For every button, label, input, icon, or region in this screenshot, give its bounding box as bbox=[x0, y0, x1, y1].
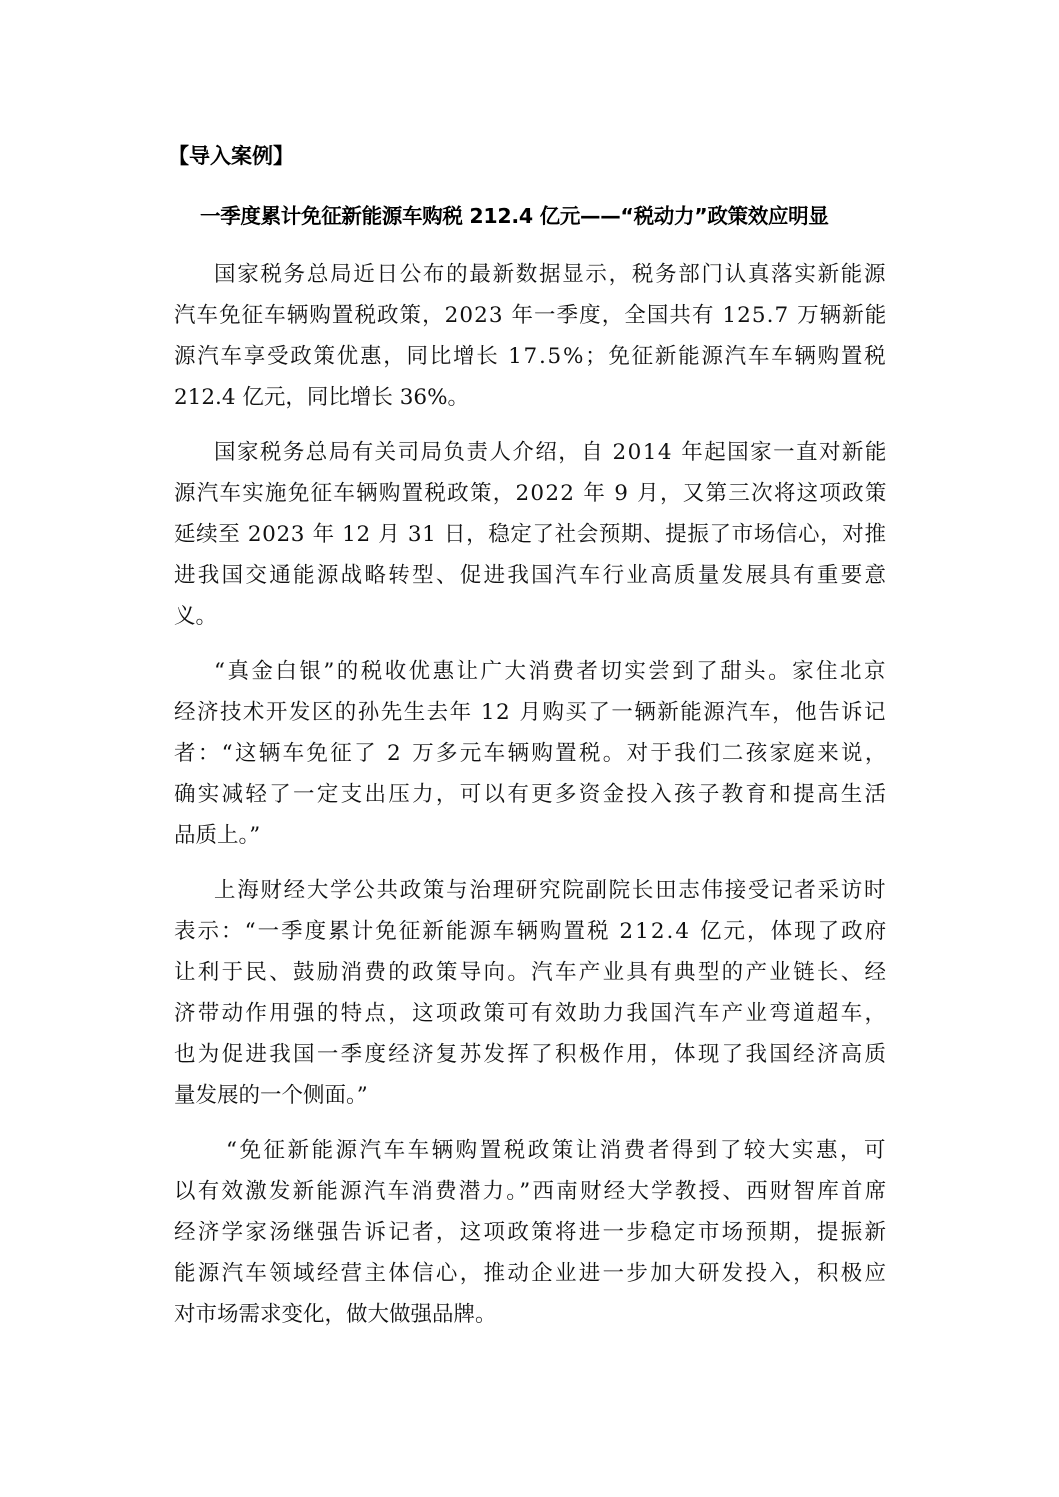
paragraph-line: 也为促进我国一季度经济复苏发挥了积极作用，体现了我国经济高质 bbox=[174, 1042, 886, 1068]
paragraph-line: 上海财经大学公共政策与治理研究院副院长田志伟接受记者采访时 bbox=[214, 878, 886, 904]
section-label: 【导入案例】 bbox=[168, 140, 294, 170]
paragraph-line: 对市场需求变化，做大做强品牌。 bbox=[174, 1302, 497, 1328]
document-page: 【导入案例】 一季度累计免征新能源车购税 212.4 亿元——“税动力”政策效应… bbox=[0, 0, 1059, 1497]
paragraph-line: 者：“这辆车免征了 2 万多元车辆购置税。对于我们二孩家庭来说， bbox=[174, 741, 886, 767]
article-title: 一季度累计免征新能源车购税 212.4 亿元——“税动力”政策效应明显 bbox=[200, 199, 829, 229]
paragraph-line: 延续至 2023 年 12 月 31 日，稳定了社会预期、提振了市场信心，对推 bbox=[174, 522, 886, 548]
paragraph-line: 以有效激发新能源汽车消费潜力。”西南财经大学教授、西财智库首席 bbox=[174, 1179, 886, 1205]
paragraph-line: 进我国交通能源战略转型、促进我国汽车行业高质量发展具有重要意 bbox=[174, 563, 886, 589]
paragraph-line: 品质上。” bbox=[174, 823, 260, 849]
paragraph-line: 国家税务总局近日公布的最新数据显示，税务部门认真落实新能源 bbox=[214, 262, 886, 288]
paragraph-line: 济带动作用强的特点，这项政策可有效助力我国汽车产业弯道超车， bbox=[174, 1001, 886, 1027]
paragraph-line: 汽车免征车辆购置税政策，2023 年一季度，全国共有 125.7 万辆新能 bbox=[174, 303, 886, 329]
paragraph-line: 源汽车享受政策优惠，同比增长 17.5%；免征新能源汽车车辆购置税 bbox=[174, 344, 886, 370]
paragraph-line: 量发展的一个侧面。” bbox=[174, 1083, 368, 1109]
paragraph-line: 让利于民、鼓励消费的政策导向。汽车产业具有典型的产业链长、经 bbox=[174, 960, 886, 986]
paragraph-line: 表示：“一季度累计免征新能源车辆购置税 212.4 亿元，体现了政府 bbox=[174, 919, 886, 945]
paragraph-line: 确实减轻了一定支出压力，可以有更多资金投入孩子教育和提高生活 bbox=[174, 782, 886, 808]
paragraph-line: 能源汽车领域经营主体信心，推动企业进一步加大研发投入，积极应 bbox=[174, 1261, 886, 1287]
paragraph-line: 经济学家汤继强告诉记者，这项政策将进一步稳定市场预期，提振新 bbox=[174, 1220, 886, 1246]
paragraph-line: 212.4 亿元，同比增长 36%。 bbox=[174, 385, 469, 411]
paragraph-line: 经济技术开发区的孙先生去年 12 月购买了一辆新能源汽车，他告诉记 bbox=[174, 700, 886, 726]
paragraph-line: 义。 bbox=[174, 604, 217, 630]
paragraph-line: 国家税务总局有关司局负责人介绍，自 2014 年起国家一直对新能 bbox=[214, 440, 886, 466]
paragraph-line: “真金白银”的税收优惠让广大消费者切实尝到了甜头。家住北京 bbox=[214, 659, 886, 685]
paragraph-line: 源汽车实施免征车辆购置税政策，2022 年 9 月，又第三次将这项政策 bbox=[174, 481, 886, 507]
paragraph-line: “免征新能源汽车车辆购置税政策让消费者得到了较大实惠，可 bbox=[226, 1138, 886, 1164]
